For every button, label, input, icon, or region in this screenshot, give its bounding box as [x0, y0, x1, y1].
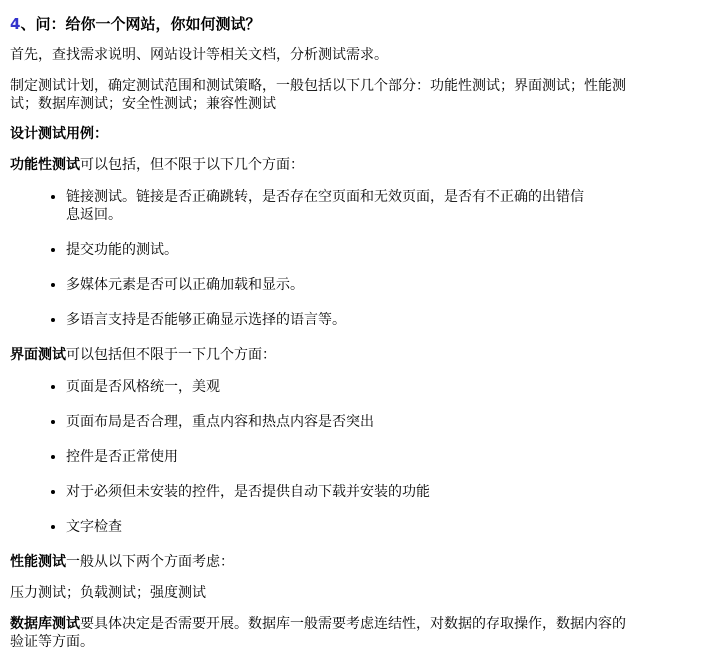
design-cases-heading: 设计测试用例：: [10, 125, 630, 143]
performance-test-detail: 压力测试；负载测试；强度测试: [10, 584, 630, 602]
functional-test-list: 链接测试。链接是否正确跳转，是否存在空页面和无效页面，是否有不正确的出错信息返回…: [10, 188, 630, 329]
list-item: 对于必须但未安装的控件，是否提供自动下载并安装的功能: [66, 483, 630, 501]
database-test-lead-bold: 数据库测试: [10, 616, 80, 632]
list-item: 页面布局是否合理，重点内容和热点内容是否突出: [66, 413, 630, 431]
database-test-paragraph: 数据库测试要具体决定是否需要开展。数据库一般需要考虑连结性，对数据的存取操作，数…: [10, 615, 630, 651]
ui-test-list: 页面是否风格统一，美观 页面布局是否合理，重点内容和热点内容是否突出 控件是否正…: [10, 378, 630, 536]
ui-test-lead-bold: 界面测试: [10, 347, 66, 363]
functional-test-lead-rest: 可以包括，但不限于以下几个方面：: [80, 157, 304, 173]
list-item: 页面是否风格统一，美观: [66, 378, 630, 396]
question-title: 4、问：给你一个网站，你如何测试？: [10, 15, 630, 33]
list-item: 多媒体元素是否可以正确加载和显示。: [66, 276, 630, 294]
list-item: 链接测试。链接是否正确跳转，是否存在空页面和无效页面，是否有不正确的出错信息返回…: [66, 188, 588, 224]
intro-paragraph-1: 首先，查找需求说明、网站设计等相关文档，分析测试需求。: [10, 46, 630, 64]
ui-test-lead-rest: 可以包括但不限于一下几个方面：: [66, 347, 276, 363]
question-title-text: 、问：给你一个网站，你如何测试？: [20, 15, 260, 33]
ui-test-lead: 界面测试可以包括但不限于一下几个方面：: [10, 346, 630, 364]
question-number: 4: [10, 15, 20, 33]
list-item: 多语言支持是否能够正确显示选择的语言等。: [66, 311, 630, 329]
performance-test-lead-rest: 一般从以下两个方面考虑：: [66, 554, 234, 570]
database-test-lead-rest: 要具体决定是否需要开展。数据库一般需要考虑连结性，对数据的存取操作，数据内容的验…: [10, 616, 626, 650]
performance-test-lead: 性能测试一般从以下两个方面考虑：: [10, 553, 630, 571]
list-item: 提交功能的测试。: [66, 241, 630, 259]
document-page: 4、问：给你一个网站，你如何测试？ 首先，查找需求说明、网站设计等相关文档，分析…: [0, 0, 708, 653]
list-item: 控件是否正常使用: [66, 448, 630, 466]
list-item: 文字检查: [66, 518, 630, 536]
functional-test-lead-bold: 功能性测试: [10, 157, 80, 173]
intro-paragraph-2: 制定测试计划，确定测试范围和测试策略，一般包括以下几个部分：功能性测试；界面测试…: [10, 77, 630, 113]
document-content: 4、问：给你一个网站，你如何测试？ 首先，查找需求说明、网站设计等相关文档，分析…: [10, 15, 630, 651]
functional-test-lead: 功能性测试可以包括，但不限于以下几个方面：: [10, 156, 630, 174]
performance-test-lead-bold: 性能测试: [10, 554, 66, 570]
